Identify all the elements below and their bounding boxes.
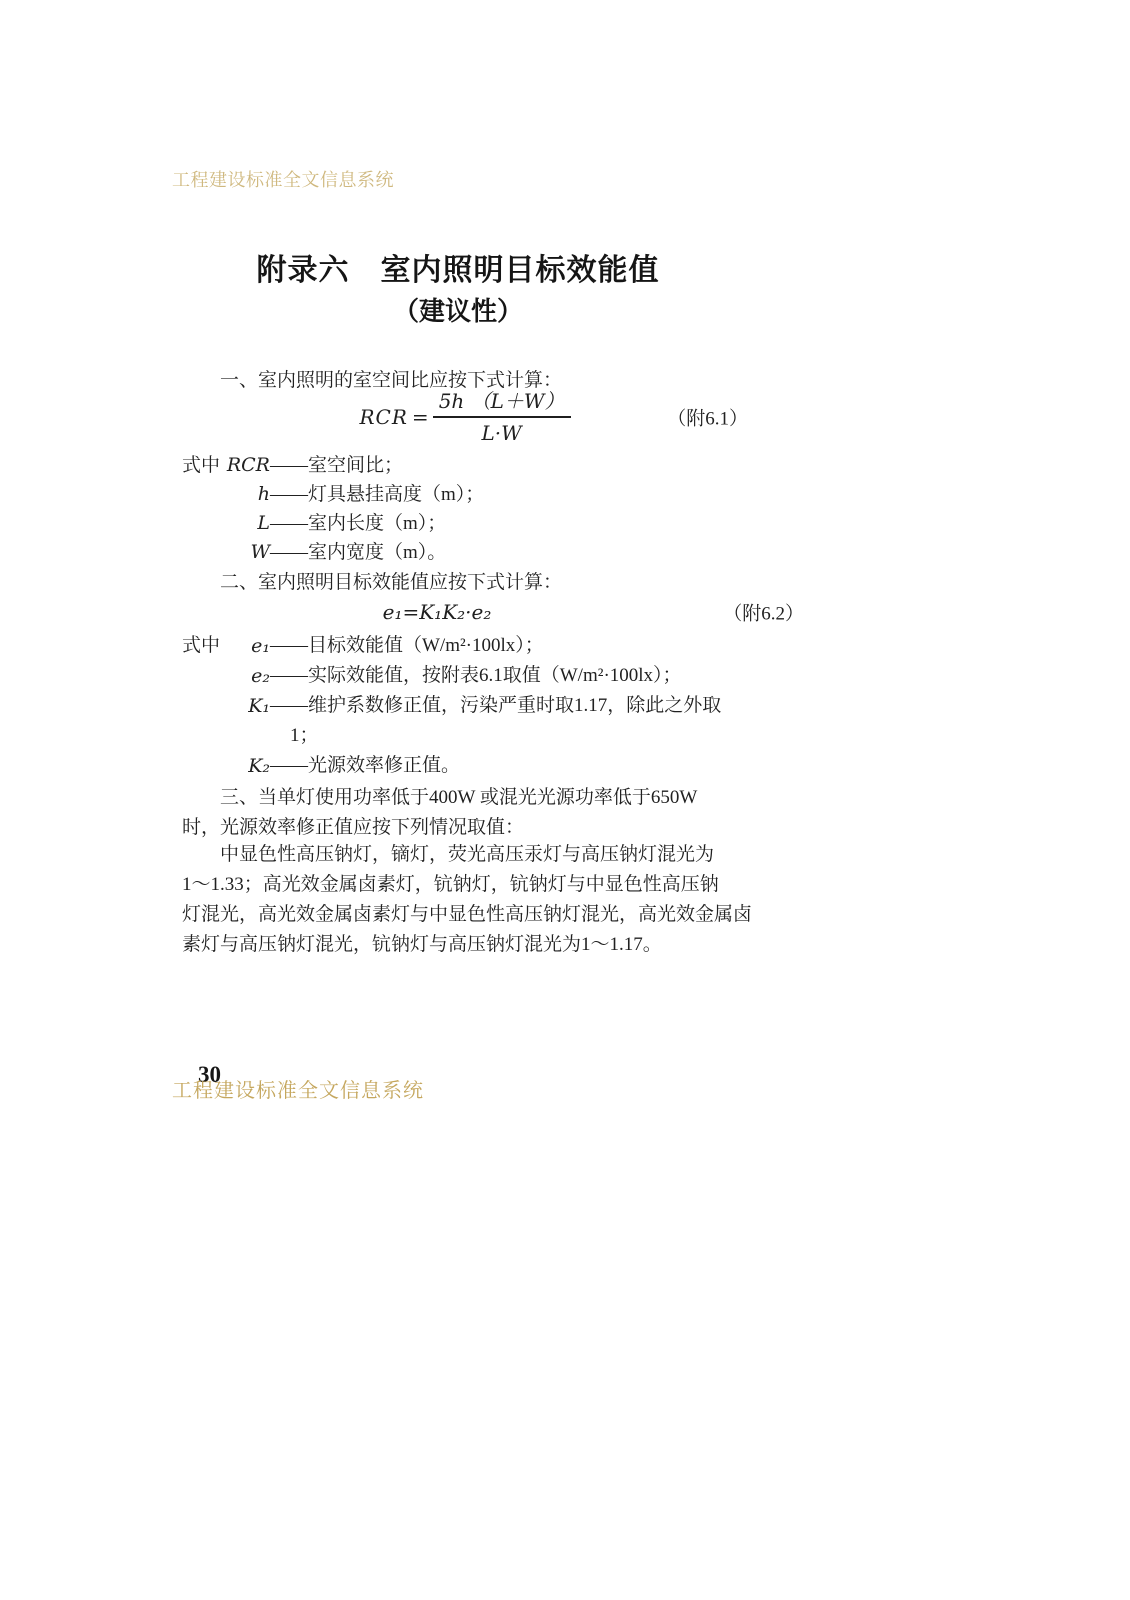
text-line: 中显色性高压钠灯，镝灯，荧光高压汞灯与高压钠灯混光为 [182,840,748,870]
definition-row: K₂ —— 光源效率修正值。 [182,751,748,781]
definition-row: W —— 室内宽度（m）。 [182,538,748,567]
symbol: h [226,480,270,509]
fraction-denominator: L·W [433,418,571,445]
watermark-header: 工程建设标准全文信息系统 [172,166,394,192]
formula-rcr: RCR = 5h （L＋W） L·W （附6.1） [182,390,748,444]
definition-row: 式中 RCR —— 室空间比； [182,451,748,480]
text-line: 灯混光，高光效金属卤素灯与中显色性高压钠灯混光，高光效金属卤 [182,900,748,930]
definition-text: 室空间比； [308,451,403,480]
definition-continuation: 1； [290,721,319,751]
formula-e1-body: e₁=K₁K₂·e₂ [383,600,492,624]
definition-text: 室内长度（m）； [308,509,446,538]
dash: —— [270,691,308,721]
where-label-spacer [182,721,226,751]
scan-canvas: { "watermark": { "header": "工程建设标准全文信息系统… [0,0,1130,1600]
where-block-1: 式中 RCR —— 室空间比； h —— 灯具悬挂高度（m）； L —— 室内长… [182,451,748,567]
where-label-spacer [182,661,226,691]
dash: —— [270,661,308,691]
dash: —— [270,480,308,509]
definition-text: 光源效率修正值。 [308,751,460,781]
formula-e1: e₁=K₁K₂·e₂ （附6.2） [182,598,748,626]
text-line: 三、当单灯使用功率低于400W 或混光光源功率低于650W [182,783,748,813]
where-label-spacer [182,509,226,538]
appendix-title: 附录六 室内照明目标效能值 [170,252,746,290]
where-label-spacer [182,480,226,509]
para-lamp-power-rule: 三、当单灯使用功率低于400W 或混光光源功率低于650W 时，光源效率修正值应… [182,783,748,843]
text-line: 1～1.33；高光效金属卤素灯，钪钠灯，钪钠灯与中显色性高压钠 [182,870,748,900]
document-page: 工程建设标准全文信息系统 附录六 室内照明目标效能值 （建议性） 一、室内照明的… [0,0,1130,1600]
formula-rcr-lhs: RCR [360,405,408,429]
definition-text: 实际效能值，按附表6.1取值（W/m²·100lx）； [308,661,682,691]
where-block-2: 式中 e₁ —— 目标效能值（W/m²·100lx）； e₂ —— 实际效能值，… [182,631,748,781]
dash: —— [270,451,308,480]
symbol: K₁ [226,691,270,721]
where-label: 式中 [182,451,226,480]
fraction-numerator: 5h （L＋W） [433,389,571,418]
text-line: 二、室内照明目标效能值应按下式计算： [182,568,748,598]
dash: —— [270,538,308,567]
symbol: e₁ [226,631,270,661]
where-label-spacer [182,751,226,781]
fraction: 5h （L＋W） L·W [433,389,571,445]
para-target-value-intro: 二、室内照明目标效能值应按下式计算： [182,568,748,598]
formula-rcr-number: （附6.1） [667,404,748,431]
definition-row: L —— 室内长度（m）； [182,509,748,538]
dash: —— [270,509,308,538]
symbol: L [226,509,270,538]
dash: —— [270,751,308,781]
symbol: W [226,538,270,567]
symbol: e₂ [226,661,270,691]
definition-text: 灯具悬挂高度（m）； [308,480,484,509]
text-line: 时，光源效率修正值应按下列情况取值： [182,813,748,843]
definition-row: K₁ —— 维护系数修正值，污染严重时取1.17，除此之外取 [182,691,748,721]
symbol: K₂ [226,751,270,781]
definition-row: h —— 灯具悬挂高度（m）； [182,480,748,509]
definition-text: 维护系数修正值，污染严重时取1.17，除此之外取 [308,691,721,721]
formula-rcr-body: RCR = 5h （L＋W） L·W [360,389,571,445]
definition-continuation-row: 1； [182,721,748,751]
definition-row: 式中 e₁ —— 目标效能值（W/m²·100lx）； [182,631,748,661]
definition-text: 室内宽度（m）。 [308,538,446,567]
symbol: RCR [226,451,270,480]
equals-sign: = [412,405,429,429]
para-lamp-mix-values: 中显色性高压钠灯，镝灯，荧光高压汞灯与高压钠灯混光为 1～1.33；高光效金属卤… [182,840,748,960]
where-label-spacer [182,538,226,567]
text-line: 素灯与高压钠灯混光，钪钠灯与高压钠灯混光为1～1.17。 [182,930,748,960]
definition-row: e₂ —— 实际效能值，按附表6.1取值（W/m²·100lx）； [182,661,748,691]
where-label: 式中 [182,631,226,661]
where-label-spacer [182,691,226,721]
watermark-footer: 工程建设标准全文信息系统 [172,1074,424,1103]
symbol-spacer [226,721,270,751]
formula-e1-number: （附6.2） [723,599,804,626]
title-block: 附录六 室内照明目标效能值 （建议性） [170,252,746,327]
dash: —— [270,631,308,661]
appendix-subtitle: （建议性） [170,297,746,327]
definition-text: 目标效能值（W/m²·100lx）； [308,631,544,661]
